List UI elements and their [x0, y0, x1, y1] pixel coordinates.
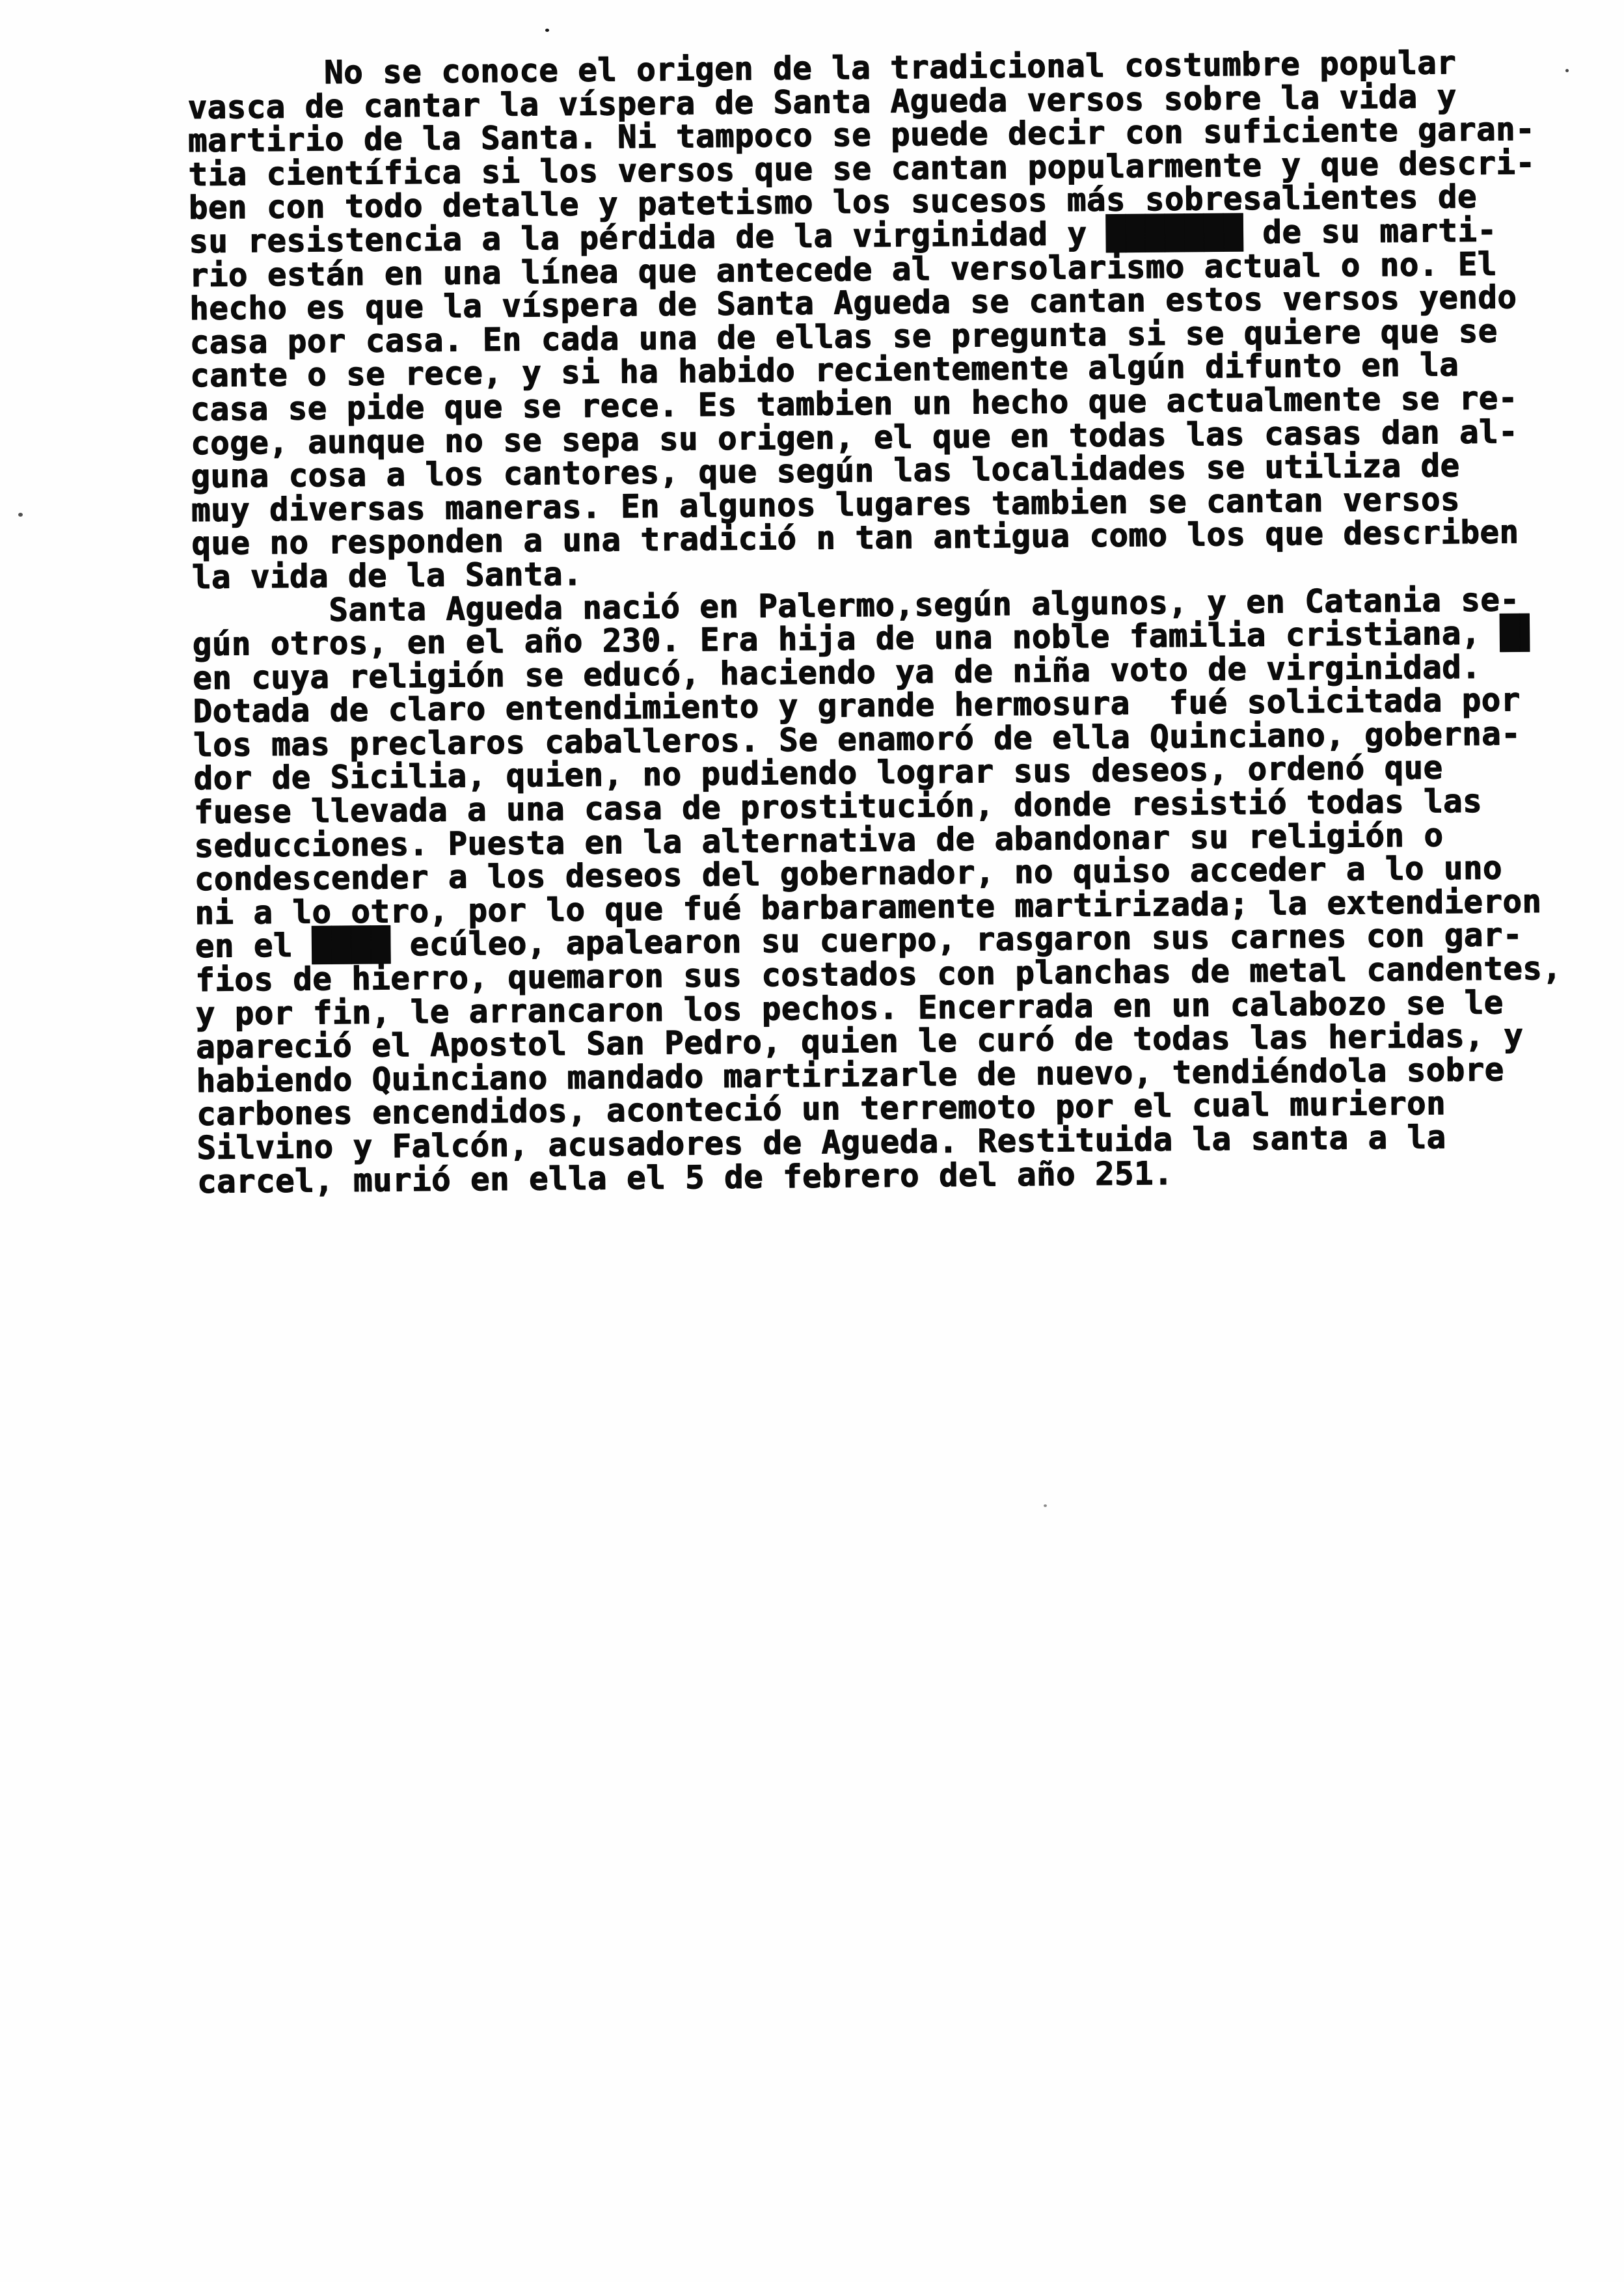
ink-speck	[1565, 69, 1569, 72]
typewritten-text-block: No se conoce el origen de la tradicional…	[187, 45, 1616, 1199]
ink-speck	[545, 29, 549, 32]
paragraph-2: Santa Agueda nació en Palermo,según algu…	[192, 582, 1616, 1199]
scanned-page: No se conoce el origen de la tradicional…	[0, 0, 1624, 2282]
paragraph-1: No se conoce el origen de la tradicional…	[187, 45, 1610, 594]
ink-speck	[1044, 1504, 1047, 1507]
ink-speck	[18, 513, 23, 517]
